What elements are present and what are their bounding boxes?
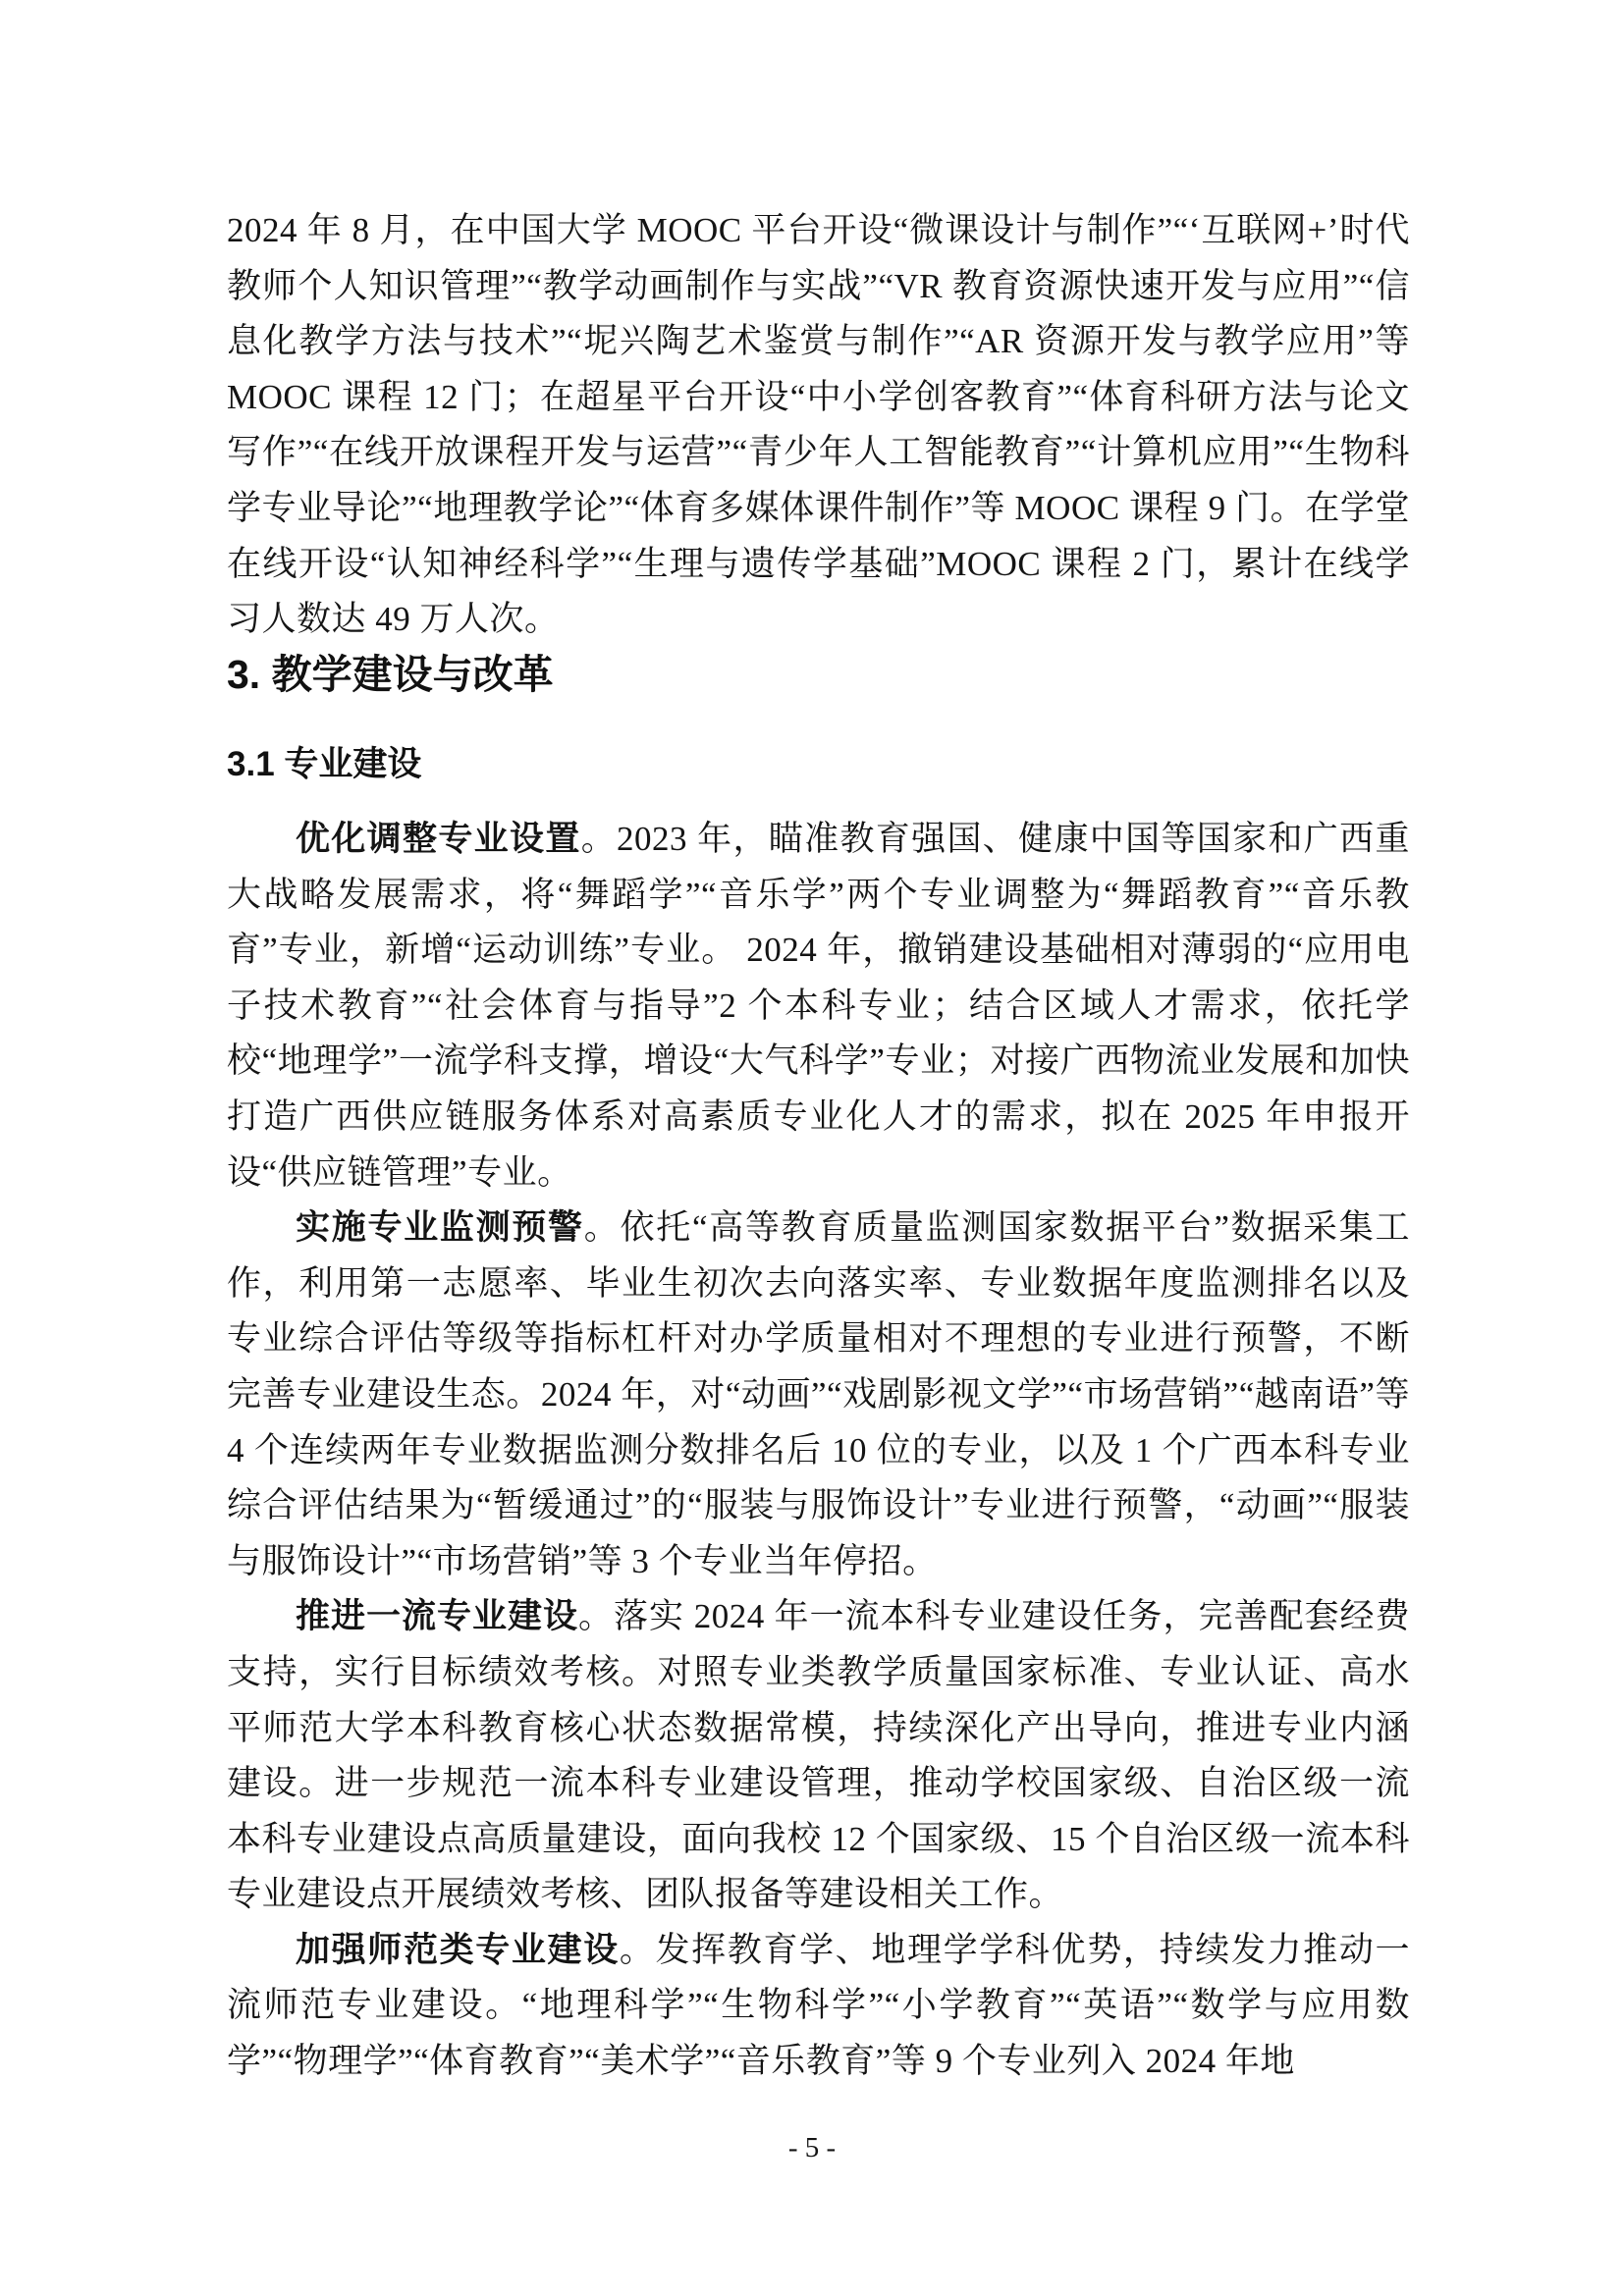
subsection-heading-block: 3.1 专业建设 [227, 745, 1410, 784]
paragraph-text: 。依托“高等教育质量监测国家数据平台”数据采集工作，利用第一志愿率、毕业生初次去… [227, 1208, 1410, 1580]
paragraph-adjust-majors: 优化调整专业设置。2023 年，瞄准教育强国、健康中国等国家和广西重大战略发展需… [227, 812, 1410, 1201]
document-page: 2024 年 8 月，在中国大学 MOOC 平台开设“微课设计与制作”“‘互联网… [0, 0, 1624, 2296]
paragraph-lead: 优化调整专业设置 [296, 820, 581, 858]
body-paragraphs-block: 优化调整专业设置。2023 年，瞄准教育强国、健康中国等国家和广西重大战略发展需… [227, 812, 1410, 2090]
section-heading: 3. 教学建设与改革 [227, 652, 1410, 698]
paragraph-mooc-courses: 2024 年 8 月，在中国大学 MOOC 平台开设“微课设计与制作”“‘互联网… [227, 203, 1410, 648]
page-number: - 5 - [0, 2132, 1624, 2164]
paragraph-teacher-training-majors: 加强师范类专业建设。发挥教育学、地理学学科优势，持续发力推动一流师范专业建设。“… [227, 1923, 1410, 2090]
section-heading-block: 3. 教学建设与改革 [227, 652, 1410, 698]
paragraph-lead: 实施专业监测预警 [296, 1208, 584, 1247]
paragraph-first-class-majors: 推进一流专业建设。落实 2024 年一流本科专业建设任务，完善配套经费支持，实行… [227, 1589, 1410, 1923]
paragraph-text: 。落实 2024 年一流本科专业建设任务，完善配套经费支持，实行目标绩效考核。对… [227, 1597, 1410, 1913]
paragraph-lead: 加强师范类专业建设 [296, 1931, 620, 1969]
paragraph-lead: 推进一流专业建设 [296, 1597, 578, 1635]
paragraph-text: 。2023 年，瞄准教育强国、健康中国等国家和广西重大战略发展需求，将“舞蹈学”… [227, 820, 1410, 1192]
paragraph-monitor-warning: 实施专业监测预警。依托“高等教育质量监测国家数据平台”数据采集工作，利用第一志愿… [227, 1201, 1410, 1589]
intro-paragraph-block: 2024 年 8 月，在中国大学 MOOC 平台开设“微课设计与制作”“‘互联网… [227, 203, 1410, 648]
subsection-heading: 3.1 专业建设 [227, 745, 1410, 784]
